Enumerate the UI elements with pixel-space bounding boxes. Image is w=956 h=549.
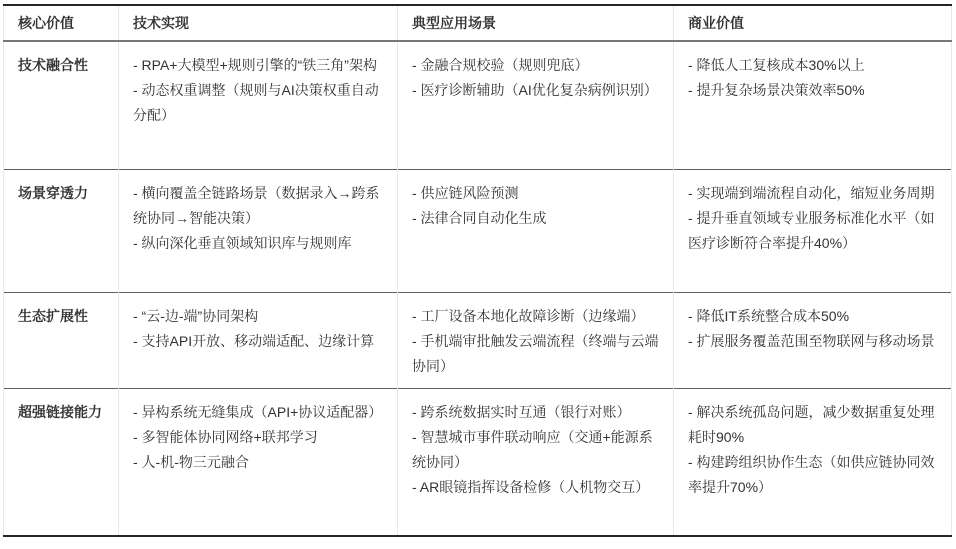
cell-typical-scenarios: - 供应链风险预测- 法律合同自动化生成 — [398, 169, 674, 292]
bullet-line: - 多智能体协同网络+联邦学习 — [133, 425, 383, 450]
bullet-line: - 实现端到端流程自动化，缩短业务周期 — [688, 181, 937, 206]
header-row: 核心价值 技术实现 典型应用场景 商业价值 — [4, 5, 952, 41]
cell-typical-scenarios: - 工厂设备本地化故障诊断（边缘端）- 手机端审批触发云端流程（终端与云端协同） — [398, 292, 674, 388]
bullet-line: - RPA+大模型+规则引擎的“铁三角”架构 — [133, 53, 383, 78]
cell-typical-scenarios: - 跨系统数据实时互通（银行对账）- 智慧城市事件联动响应（交通+能源系统协同）… — [398, 388, 674, 536]
bullet-line: - 工厂设备本地化故障诊断（边缘端） — [412, 304, 659, 329]
table-row: 技术融合性- RPA+大模型+规则引擎的“铁三角”架构- 动态权重调整（规则与A… — [4, 41, 952, 169]
bullet-line: - 扩展服务覆盖范围至物联网与移动场景 — [688, 329, 937, 354]
cell-business-value: - 降低IT系统整合成本50%- 扩展服务覆盖范围至物联网与移动场景 — [674, 292, 952, 388]
bullet-line: - 降低人工复核成本30%以上 — [688, 53, 937, 78]
cell-tech-implementation: - “云-边-端”协同架构- 支持API开放、移动端适配、边缘计算 — [119, 292, 398, 388]
bullet-line: - “云-边-端”协同架构 — [133, 304, 383, 329]
row-label: 超强链接能力 — [4, 388, 119, 536]
bullet-line: - 医疗诊断辅助（AI优化复杂病例识别） — [412, 78, 659, 103]
bullet-line: - 人-机-物三元融合 — [133, 450, 383, 475]
cell-business-value: - 降低人工复核成本30%以上- 提升复杂场景决策效率50% — [674, 41, 952, 169]
bullet-line: - 手机端审批触发云端流程（终端与云端协同） — [412, 329, 659, 379]
table-row: 超强链接能力- 异构系统无缝集成（API+协议适配器）- 多智能体协同网络+联邦… — [4, 388, 952, 536]
cell-tech-implementation: - RPA+大模型+规则引擎的“铁三角”架构- 动态权重调整（规则与AI决策权重… — [119, 41, 398, 169]
column-header-typical-scenarios: 典型应用场景 — [398, 5, 674, 41]
bullet-line: - 智慧城市事件联动响应（交通+能源系统协同） — [412, 425, 659, 475]
cell-business-value: - 实现端到端流程自动化，缩短业务周期- 提升垂直领域专业服务标准化水平（如医疗… — [674, 169, 952, 292]
bullet-line: - 异构系统无缝集成（API+协议适配器） — [133, 400, 383, 425]
column-header-tech-implementation: 技术实现 — [119, 5, 398, 41]
table-body: 技术融合性- RPA+大模型+规则引擎的“铁三角”架构- 动态权重调整（规则与A… — [4, 41, 952, 536]
bullet-line: - AR眼镜指挥设备检修（人机物交互） — [412, 475, 659, 500]
page: 核心价值 技术实现 典型应用场景 商业价值 技术融合性- RPA+大模型+规则引… — [0, 0, 956, 549]
table-row: 场景穿透力- 横向覆盖全链路场景（数据录入→跨系统协同→智能决策）- 纵向深化垂… — [4, 169, 952, 292]
bullet-line: - 动态权重调整（规则与AI决策权重自动分配） — [133, 78, 383, 128]
value-table: 核心价值 技术实现 典型应用场景 商业价值 技术融合性- RPA+大模型+规则引… — [3, 4, 952, 537]
bullet-line: - 供应链风险预测 — [412, 181, 659, 206]
cell-typical-scenarios: - 金融合规校验（规则兜底）- 医疗诊断辅助（AI优化复杂病例识别） — [398, 41, 674, 169]
column-header-core-value: 核心价值 — [4, 5, 119, 41]
table-row: 生态扩展性- “云-边-端”协同架构- 支持API开放、移动端适配、边缘计算- … — [4, 292, 952, 388]
row-label: 技术融合性 — [4, 41, 119, 169]
bullet-line: - 提升复杂场景决策效率50% — [688, 78, 937, 103]
bullet-line: - 跨系统数据实时互通（银行对账） — [412, 400, 659, 425]
cell-tech-implementation: - 横向覆盖全链路场景（数据录入→跨系统协同→智能决策）- 纵向深化垂直领域知识… — [119, 169, 398, 292]
row-label: 场景穿透力 — [4, 169, 119, 292]
column-header-business-value: 商业价值 — [674, 5, 952, 41]
bullet-line: - 支持API开放、移动端适配、边缘计算 — [133, 329, 383, 354]
bullet-line: - 提升垂直领域专业服务标准化水平（如医疗诊断符合率提升40%） — [688, 206, 937, 256]
bullet-line: - 纵向深化垂直领域知识库与规则库 — [133, 231, 383, 256]
bullet-line: - 金融合规校验（规则兜底） — [412, 53, 659, 78]
cell-tech-implementation: - 异构系统无缝集成（API+协议适配器）- 多智能体协同网络+联邦学习- 人-… — [119, 388, 398, 536]
bullet-line: - 横向覆盖全链路场景（数据录入→跨系统协同→智能决策） — [133, 181, 383, 231]
bullet-line: - 法律合同自动化生成 — [412, 206, 659, 231]
bullet-line: - 解决系统孤岛问题，减少数据重复处理耗时90% — [688, 400, 937, 450]
cell-business-value: - 解决系统孤岛问题，减少数据重复处理耗时90%- 构建跨组织协作生态（如供应链… — [674, 388, 952, 536]
row-label: 生态扩展性 — [4, 292, 119, 388]
bullet-line: - 构建跨组织协作生态（如供应链协同效率提升70%） — [688, 450, 937, 500]
bullet-line: - 降低IT系统整合成本50% — [688, 304, 937, 329]
